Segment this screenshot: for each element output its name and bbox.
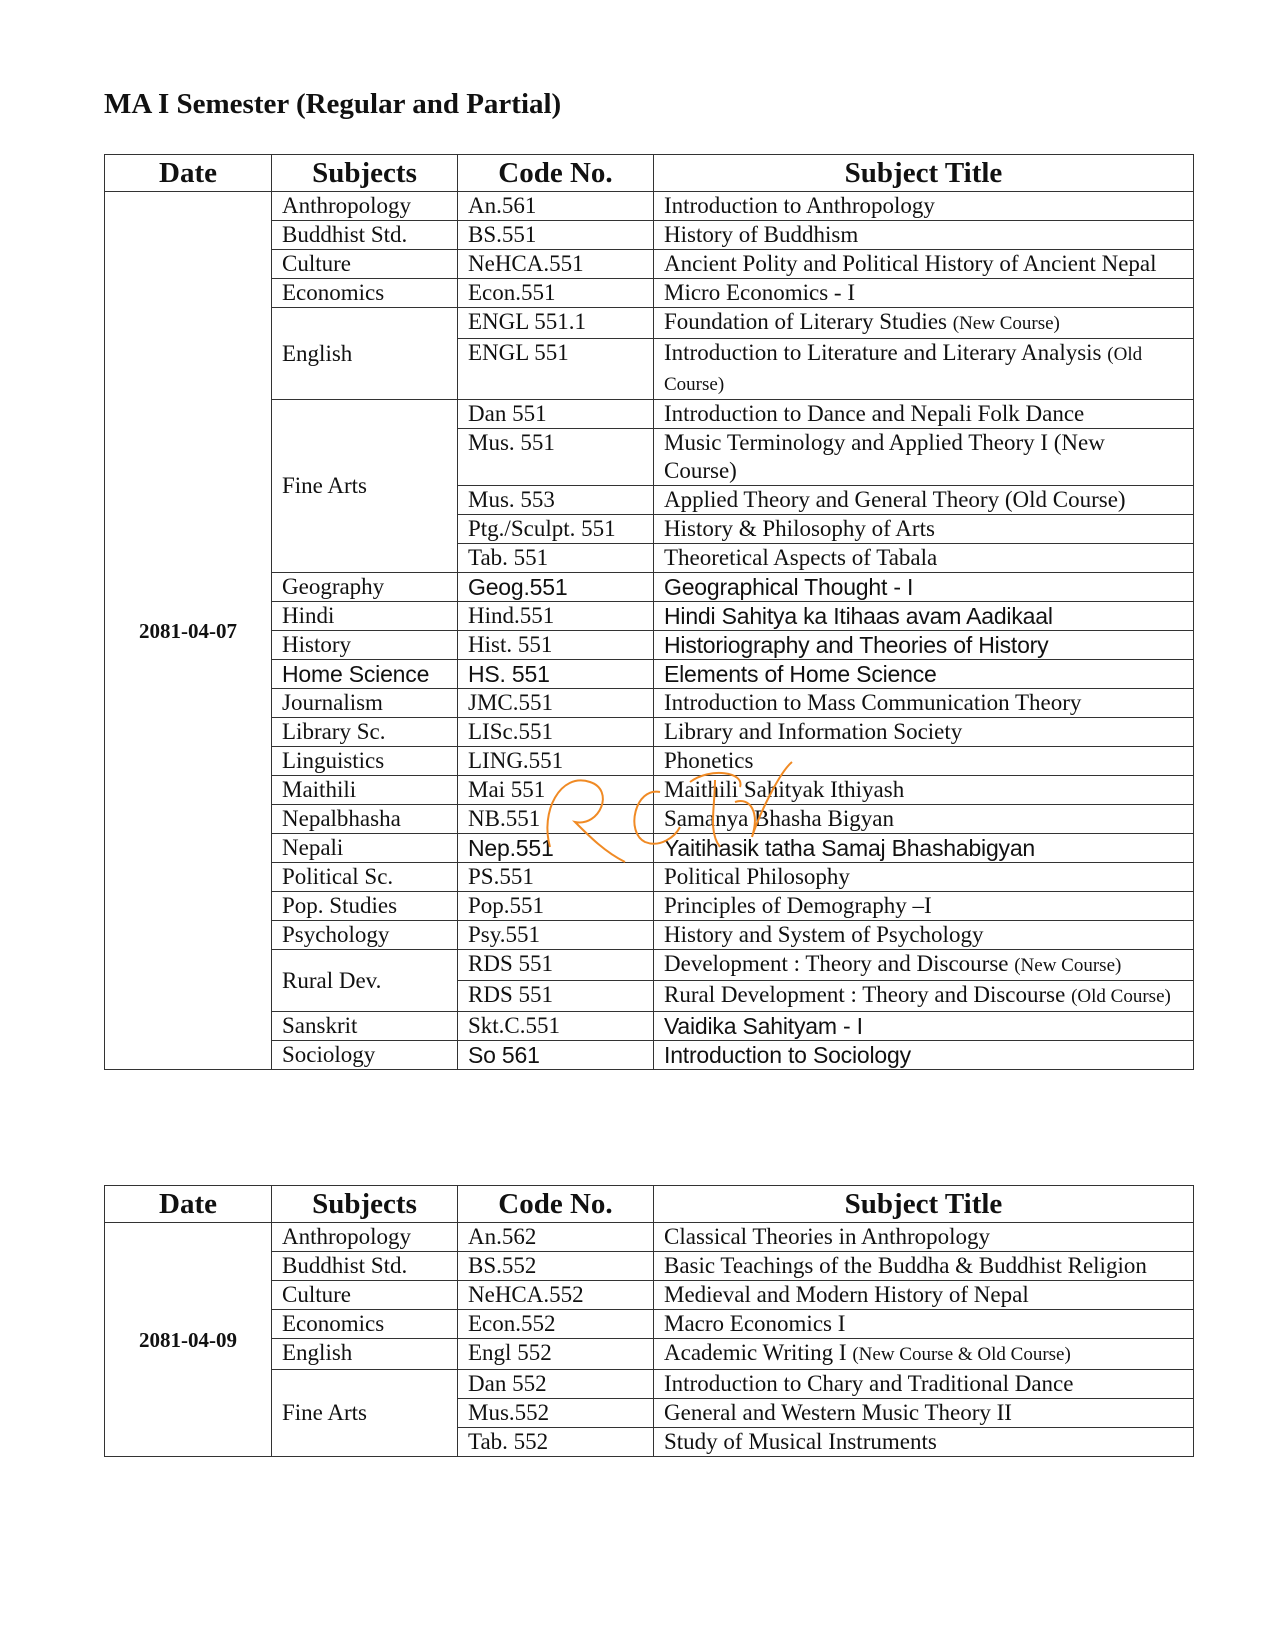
subject-title-cell: Introduction to Sociology — [654, 1041, 1194, 1070]
subject-title-text: Macro Economics I — [664, 1311, 845, 1336]
subject-title-text: History and System of Psychology — [664, 922, 983, 947]
subject-cell: Fine Arts — [272, 400, 458, 573]
page-title: MA I Semester (Regular and Partial) — [104, 88, 561, 121]
code-cell: HS. 551 — [458, 660, 654, 689]
subject-title-text: Foundation of Literary Studies — [664, 309, 947, 334]
subject-title-cell: Music Terminology and Applied Theory I (… — [654, 429, 1194, 486]
code-cell: An.562 — [458, 1223, 654, 1252]
subject-cell: Fine Arts — [272, 1370, 458, 1457]
subject-title-cell: Introduction to Dance and Nepali Folk Da… — [654, 400, 1194, 429]
subject-cell: Nepalbhasha — [272, 805, 458, 834]
subject-cell: Maithili — [272, 776, 458, 805]
code-cell: ENGL 551.1 — [458, 308, 654, 339]
subject-title-cell: Theoretical Aspects of Tabala — [654, 544, 1194, 573]
subject-title-text: Academic Writing I — [664, 1340, 847, 1365]
subject-title-text: History of Buddhism — [664, 222, 858, 247]
subject-cell: Pop. Studies — [272, 892, 458, 921]
subject-title-text: Theoretical Aspects of Tabala — [664, 545, 937, 570]
subject-title-cell: Samanya Bhasha Bigyan — [654, 805, 1194, 834]
code-cell: RDS 551 — [458, 950, 654, 981]
subject-cell: Psychology — [272, 921, 458, 950]
code-cell: NB.551 — [458, 805, 654, 834]
code-cell: Tab. 551 — [458, 544, 654, 573]
code-cell: NeHCA.551 — [458, 250, 654, 279]
subject-title-cell: Rural Development : Theory and Discourse… — [654, 981, 1194, 1012]
code-cell: Nep.551 — [458, 834, 654, 863]
subject-title-text: Basic Teachings of the Buddha & Buddhist… — [664, 1253, 1147, 1278]
exam-date: 2081-04-09 — [105, 1223, 272, 1457]
header-subjects: Subjects — [272, 1186, 458, 1223]
subject-title-text: Introduction to Sociology — [664, 1042, 911, 1068]
course-note: (New Course & Old Course) — [852, 1344, 1070, 1365]
code-cell: Skt.C.551 — [458, 1012, 654, 1041]
subject-cell: English — [272, 1339, 458, 1370]
subject-title-cell: Historiography and Theories of History — [654, 631, 1194, 660]
subject-title-cell: Introduction to Literature and Literary … — [654, 339, 1194, 400]
subject-title-cell: Vaidika Sahityam - I — [654, 1012, 1194, 1041]
subject-title-cell: Phonetics — [654, 747, 1194, 776]
subject-title-text: Vaidika Sahityam - I — [664, 1013, 863, 1039]
subject-title-cell: Geographical Thought - I — [654, 573, 1194, 602]
header-subject-title: Subject Title — [654, 1186, 1194, 1223]
subject-title-cell: Yaitihasik tatha Samaj Bhashabigyan — [654, 834, 1194, 863]
subject-cell: Anthropology — [272, 192, 458, 221]
code-cell: BS.551 — [458, 221, 654, 250]
subject-title-cell: Ancient Polity and Political History of … — [654, 250, 1194, 279]
subject-title-cell: Academic Writing I (New Course & Old Cou… — [654, 1339, 1194, 1370]
subject-title-text: Rural Development : Theory and Discourse — [664, 982, 1065, 1007]
code-cell: An.561 — [458, 192, 654, 221]
subject-title-text: Introduction to Anthropology — [664, 193, 935, 218]
subject-title-cell: Classical Theories in Anthropology — [654, 1223, 1194, 1252]
code-cell: JMC.551 — [458, 689, 654, 718]
subject-cell: Nepali — [272, 834, 458, 863]
subject-cell: Culture — [272, 250, 458, 279]
table-row: 2081-04-09AnthropologyAn.562Classical Th… — [105, 1223, 1194, 1252]
code-cell: NeHCA.552 — [458, 1281, 654, 1310]
subject-title-cell: Medieval and Modern History of Nepal — [654, 1281, 1194, 1310]
subject-title-text: Introduction to Mass Communication Theor… — [664, 690, 1081, 715]
subject-title-cell: General and Western Music Theory II — [654, 1399, 1194, 1428]
subject-title-text: Library and Information Society — [664, 719, 962, 744]
subject-title-cell: Basic Teachings of the Buddha & Buddhist… — [654, 1252, 1194, 1281]
subject-cell: Economics — [272, 279, 458, 308]
subject-title-cell: Study of Musical Instruments — [654, 1428, 1194, 1457]
code-cell: Mus.552 — [458, 1399, 654, 1428]
subject-title-text: Hindi Sahitya ka Itihaas avam Aadikaal — [664, 603, 1053, 629]
subject-title-text: Geographical Thought - I — [664, 574, 913, 600]
code-cell: So 561 — [458, 1041, 654, 1070]
subject-title-text: Applied Theory and General Theory (Old C… — [664, 487, 1126, 512]
subject-title-cell: Applied Theory and General Theory (Old C… — [654, 486, 1194, 515]
subject-cell: Rural Dev. — [272, 950, 458, 1012]
table-header-row: Date Subjects Code No. Subject Title — [105, 155, 1194, 192]
subject-title-text: Introduction to Dance and Nepali Folk Da… — [664, 401, 1084, 426]
header-date: Date — [105, 155, 272, 192]
subject-cell: English — [272, 308, 458, 400]
code-cell: Hind.551 — [458, 602, 654, 631]
subject-title-cell: Elements of Home Science — [654, 660, 1194, 689]
code-cell: Mus. 551 — [458, 429, 654, 486]
subject-cell: Buddhist Std. — [272, 221, 458, 250]
subject-title-cell: History & Philosophy of Arts — [654, 515, 1194, 544]
course-note: (New Course) — [1014, 955, 1121, 976]
subject-cell: History — [272, 631, 458, 660]
subject-title-cell: Introduction to Chary and Traditional Da… — [654, 1370, 1194, 1399]
subject-cell: Culture — [272, 1281, 458, 1310]
subject-cell: Hindi — [272, 602, 458, 631]
code-cell: Ptg./Sculpt. 551 — [458, 515, 654, 544]
code-cell: Mai 551 — [458, 776, 654, 805]
code-cell: Engl 552 — [458, 1339, 654, 1370]
code-cell: Pop.551 — [458, 892, 654, 921]
header-subject-title: Subject Title — [654, 155, 1194, 192]
subject-title-cell: Foundation of Literary Studies (New Cour… — [654, 308, 1194, 339]
code-cell: RDS 551 — [458, 981, 654, 1012]
subject-title-text: History & Philosophy of Arts — [664, 516, 935, 541]
code-cell: Mus. 553 — [458, 486, 654, 515]
subject-title-cell: Development : Theory and Discourse (New … — [654, 950, 1194, 981]
subject-title-cell: Library and Information Society — [654, 718, 1194, 747]
header-date: Date — [105, 1186, 272, 1223]
subject-title-text: Phonetics — [664, 748, 753, 773]
subject-title-text: Development : Theory and Discourse — [664, 951, 1008, 976]
code-cell: ENGL 551 — [458, 339, 654, 400]
subject-title-text: Samanya Bhasha Bigyan — [664, 806, 894, 831]
code-cell: Econ.552 — [458, 1310, 654, 1339]
code-cell: LISc.551 — [458, 718, 654, 747]
subject-cell: Linguistics — [272, 747, 458, 776]
header-code: Code No. — [458, 155, 654, 192]
subject-cell: Geography — [272, 573, 458, 602]
subject-title-text: Introduction to Chary and Traditional Da… — [664, 1371, 1073, 1396]
subject-title-text: Study of Musical Instruments — [664, 1429, 937, 1454]
subject-cell: Library Sc. — [272, 718, 458, 747]
code-cell: BS.552 — [458, 1252, 654, 1281]
subject-title-cell: Maithili Sahityak Ithiyash — [654, 776, 1194, 805]
subject-title-text: Ancient Polity and Political History of … — [664, 251, 1157, 276]
table-header-row: Date Subjects Code No. Subject Title — [105, 1186, 1194, 1223]
subject-title-cell: Principles of Demography –I — [654, 892, 1194, 921]
code-cell: PS.551 — [458, 863, 654, 892]
subject-cell: Buddhist Std. — [272, 1252, 458, 1281]
subject-title-text: Micro Economics - I — [664, 280, 855, 305]
course-note: (New Course) — [953, 313, 1060, 334]
subject-title-cell: Macro Economics I — [654, 1310, 1194, 1339]
subject-title-cell: Micro Economics - I — [654, 279, 1194, 308]
subject-cell: Sociology — [272, 1041, 458, 1070]
subject-cell: Economics — [272, 1310, 458, 1339]
subject-cell: Journalism — [272, 689, 458, 718]
subject-title-text: Elements of Home Science — [664, 661, 937, 687]
code-cell: Dan 551 — [458, 400, 654, 429]
subject-cell: Anthropology — [272, 1223, 458, 1252]
subject-title-text: Yaitihasik tatha Samaj Bhashabigyan — [664, 835, 1035, 861]
subject-title-text: General and Western Music Theory II — [664, 1400, 1012, 1425]
subject-title-text: Classical Theories in Anthropology — [664, 1224, 990, 1249]
course-note: (Old Course) — [1071, 986, 1171, 1007]
subject-title-text: Historiography and Theories of History — [664, 632, 1048, 658]
header-code: Code No. — [458, 1186, 654, 1223]
code-cell: Dan 552 — [458, 1370, 654, 1399]
code-cell: Tab. 552 — [458, 1428, 654, 1457]
subject-title-text: Medieval and Modern History of Nepal — [664, 1282, 1029, 1307]
subject-title-text: Political Philosophy — [664, 864, 850, 889]
subject-title-text: Principles of Demography –I — [664, 893, 932, 918]
subject-title-cell: Introduction to Anthropology — [654, 192, 1194, 221]
subject-title-cell: History of Buddhism — [654, 221, 1194, 250]
subject-title-text: Music Terminology and Applied Theory I (… — [664, 430, 1105, 483]
subject-cell: Home Science — [272, 660, 458, 689]
header-subjects: Subjects — [272, 155, 458, 192]
code-cell: Hist. 551 — [458, 631, 654, 660]
subject-title-text: Maithili Sahityak Ithiyash — [664, 777, 904, 802]
code-cell: LING.551 — [458, 747, 654, 776]
code-cell: Econ.551 — [458, 279, 654, 308]
subject-title-cell: History and System of Psychology — [654, 921, 1194, 950]
code-cell: Geog.551 — [458, 573, 654, 602]
code-cell: Psy.551 — [458, 921, 654, 950]
subject-title-text: Introduction to Literature and Literary … — [664, 340, 1102, 365]
subject-title-cell: Political Philosophy — [654, 863, 1194, 892]
subject-cell: Political Sc. — [272, 863, 458, 892]
exam-date: 2081-04-07 — [105, 192, 272, 1070]
subject-title-cell: Hindi Sahitya ka Itihaas avam Aadikaal — [654, 602, 1194, 631]
subject-cell: Sanskrit — [272, 1012, 458, 1041]
table-row: 2081-04-07AnthropologyAn.561Introduction… — [105, 192, 1194, 221]
subject-title-cell: Introduction to Mass Communication Theor… — [654, 689, 1194, 718]
exam-schedule-table-2: Date Subjects Code No. Subject Title 208… — [104, 1185, 1194, 1457]
exam-schedule-table-1: Date Subjects Code No. Subject Title 208… — [104, 154, 1194, 1070]
